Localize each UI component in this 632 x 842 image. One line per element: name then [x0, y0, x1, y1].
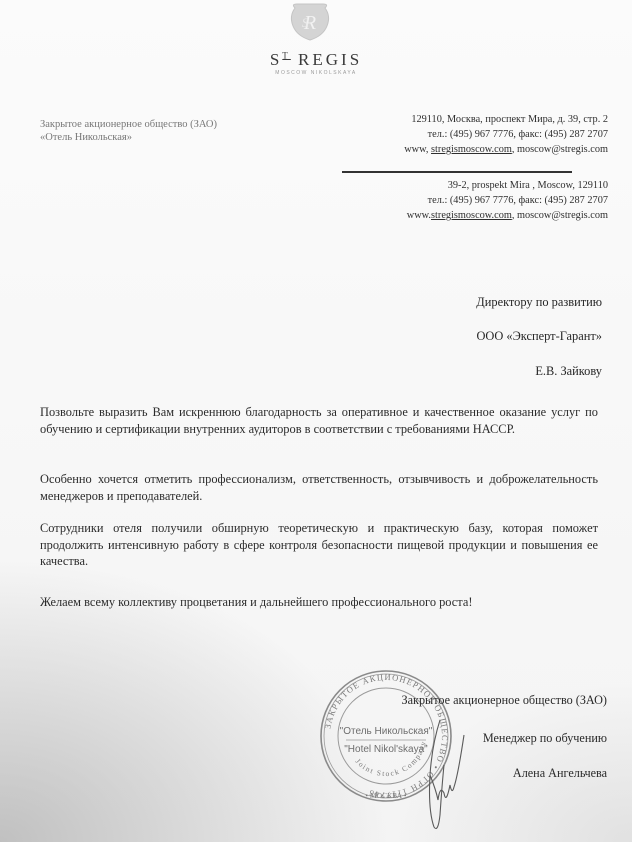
email-en: , moscow@stregis.com: [512, 210, 608, 221]
recipient-name: Е.В. Зайкову: [535, 364, 602, 379]
signature-position: Менеджер по обучению: [483, 731, 607, 746]
recipient-position: Директору по развитию: [476, 295, 602, 310]
svg-text:• МОСКВА •: • МОСКВА •: [365, 791, 407, 800]
signature-organization: Закрытое акционерное общество (ЗАО): [402, 693, 607, 708]
web-ru: www, stregismoscow.com, moscow@stregis.c…: [404, 142, 608, 157]
st-regis-monogram-icon: R S: [287, 2, 333, 42]
website-link-en[interactable]: stregismoscow.com: [431, 210, 512, 221]
svg-text:S: S: [302, 15, 309, 30]
phone-en: тел.: (495) 967 7776, факс: (495) 287 27…: [407, 193, 608, 208]
divider: [342, 171, 572, 173]
sender-line-2: «Отель Никольская»: [40, 131, 217, 144]
phone-ru: тел.: (495) 967 7776, факс: (495) 287 27…: [404, 127, 608, 142]
contact-block-en: 39-2, prospekt Mira , Moscow, 129110 тел…: [407, 178, 608, 223]
brand-name: ST REGIS: [0, 50, 632, 70]
signature-name: Алена Ангельчева: [513, 766, 607, 781]
web-en: www.stregismoscow.com, moscow@stregis.co…: [407, 208, 608, 223]
sender-line-1: Закрытое акционерное общество (ЗАО): [40, 118, 217, 131]
letter-page: R S ST REGIS MOSCOW NIKOLSKAYA Закрытое …: [0, 0, 632, 842]
body-paragraph-2: Особенно хочется отметить профессионализ…: [40, 471, 598, 504]
sender-block: Закрытое акционерное общество (ЗАО) «Оте…: [40, 118, 217, 144]
address-en: 39-2, prospekt Mira , Moscow, 129110: [407, 178, 608, 193]
body-paragraph-4: Желаем всему коллективу процветания и да…: [40, 594, 598, 611]
address-ru: 129110, Москва, проспект Мира, д. 39, ст…: [404, 112, 608, 127]
contact-block-ru: 129110, Москва, проспект Мира, д. 39, ст…: [404, 112, 608, 157]
body-paragraph-1: Позвольте выразить Вам искреннюю благода…: [40, 404, 598, 437]
brand-location: MOSCOW NIKOLSKAYA: [0, 70, 632, 76]
handwritten-signature-icon: [410, 715, 470, 835]
body-paragraph-3: Сотрудники отеля получили обширную теоре…: [40, 520, 598, 570]
email-ru: , moscow@stregis.com: [512, 144, 608, 155]
website-link-ru[interactable]: stregismoscow.com: [431, 144, 512, 155]
recipient-company: ООО «Эксперт-Гарант»: [476, 329, 602, 344]
